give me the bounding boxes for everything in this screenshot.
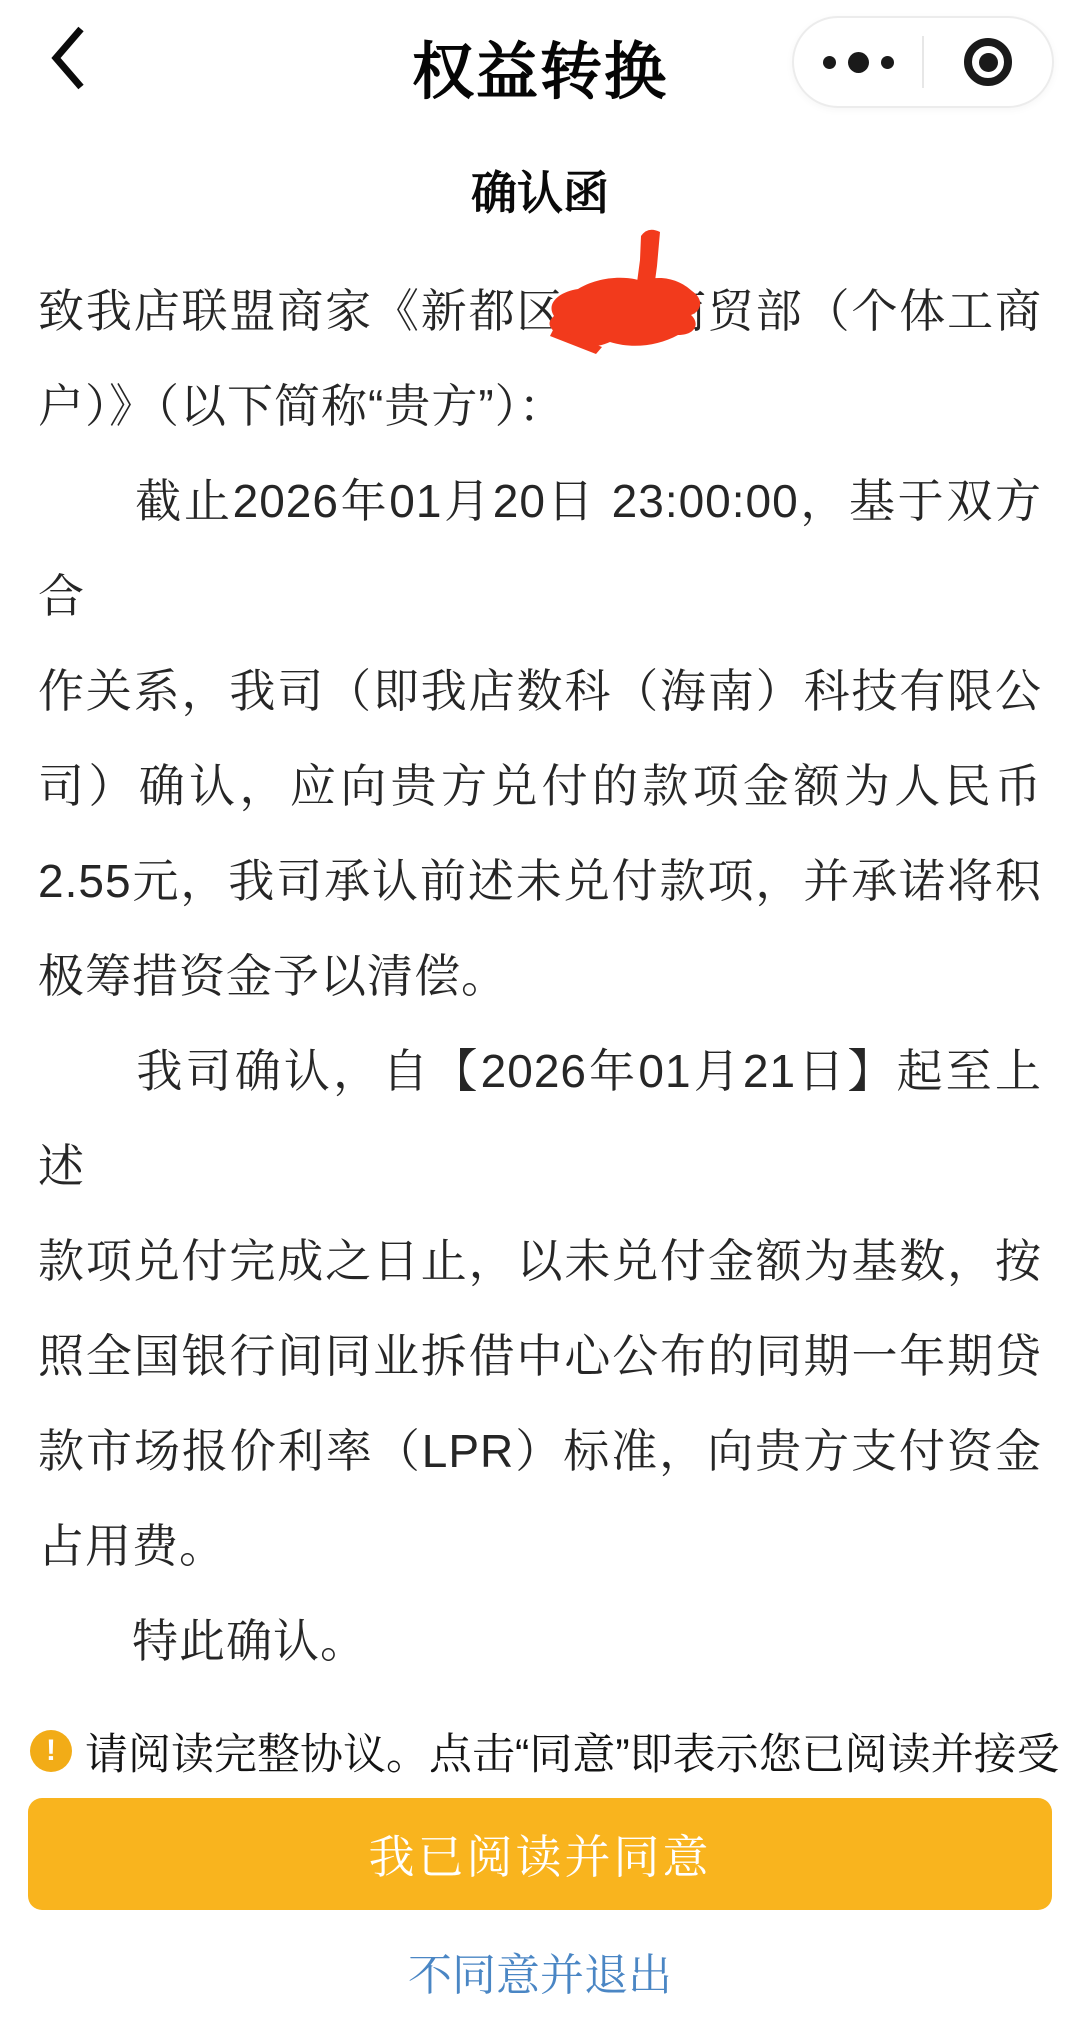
footer: ! 请阅读完整协议。点击“同意”即表示您已阅读并接受 我已阅读并同意 不同意并退… bbox=[0, 1712, 1080, 2022]
document-line: 致我店联盟商家《新都区 商贸部（个体工商 bbox=[38, 264, 1042, 359]
document-line: 司）确认，应向贵方兑付的款项金额为人民币 bbox=[38, 739, 1042, 834]
document-line: 作关系，我司（即我店数科（海南）科技有限公 bbox=[38, 644, 1042, 739]
rights-conversion-page: 权益转换 确认函 致我店联盟商家《新都区 商贸部（个体工商 户）》（以下简称“贵… bbox=[0, 0, 1080, 2022]
miniprogram-capsule bbox=[792, 16, 1054, 108]
document-title: 确认函 bbox=[38, 170, 1042, 216]
document-line: 2.55元，我司承认前述未兑付款项，并承诺将积 bbox=[38, 834, 1042, 929]
document-line: 我司确认，自【2026年01月21日】起至上述 bbox=[38, 1024, 1042, 1214]
agree-button[interactable]: 我已阅读并同意 bbox=[28, 1798, 1052, 1910]
document-line: 特此确认。 bbox=[38, 1594, 1042, 1689]
warning-icon: ! bbox=[30, 1730, 72, 1772]
more-button[interactable] bbox=[794, 18, 922, 106]
confirmation-letter: 确认函 致我店联盟商家《新都区 商贸部（个体工商 户）》（以下简称“贵方”）： … bbox=[0, 170, 1080, 1879]
document-line: 户）》（以下简称“贵方”）： bbox=[38, 359, 1042, 454]
exit-button[interactable] bbox=[924, 18, 1052, 106]
document-line: 款市场报价利率（LPR）标准，向贵方支付资金 bbox=[38, 1404, 1042, 1499]
document-line: 截止2026年01月20日 23:00:00，基于双方合 bbox=[38, 454, 1042, 644]
document-body: 致我店联盟商家《新都区 商贸部（个体工商 户）》（以下简称“贵方”）： 截止20… bbox=[38, 264, 1042, 1879]
document-line: 照全国银行间同业拆借中心公布的同期一年期贷 bbox=[38, 1309, 1042, 1404]
document-line: 款项兑付完成之日止，以未兑付金额为基数，按 bbox=[38, 1214, 1042, 1309]
agreement-notice: ! 请阅读完整协议。点击“同意”即表示您已阅读并接受 bbox=[0, 1716, 1080, 1786]
target-circle-icon bbox=[964, 38, 1012, 86]
decline-link[interactable]: 不同意并退出 bbox=[0, 1950, 1080, 2002]
document-line: 占用费。 bbox=[38, 1499, 1042, 1594]
more-dots-icon bbox=[823, 52, 894, 73]
document-line: 极筹措资金予以清偿。 bbox=[38, 929, 1042, 1024]
navbar: 权益转换 bbox=[0, 0, 1080, 130]
notice-text: 请阅读完整协议。点击“同意”即表示您已阅读并接受 bbox=[85, 1721, 1060, 1782]
